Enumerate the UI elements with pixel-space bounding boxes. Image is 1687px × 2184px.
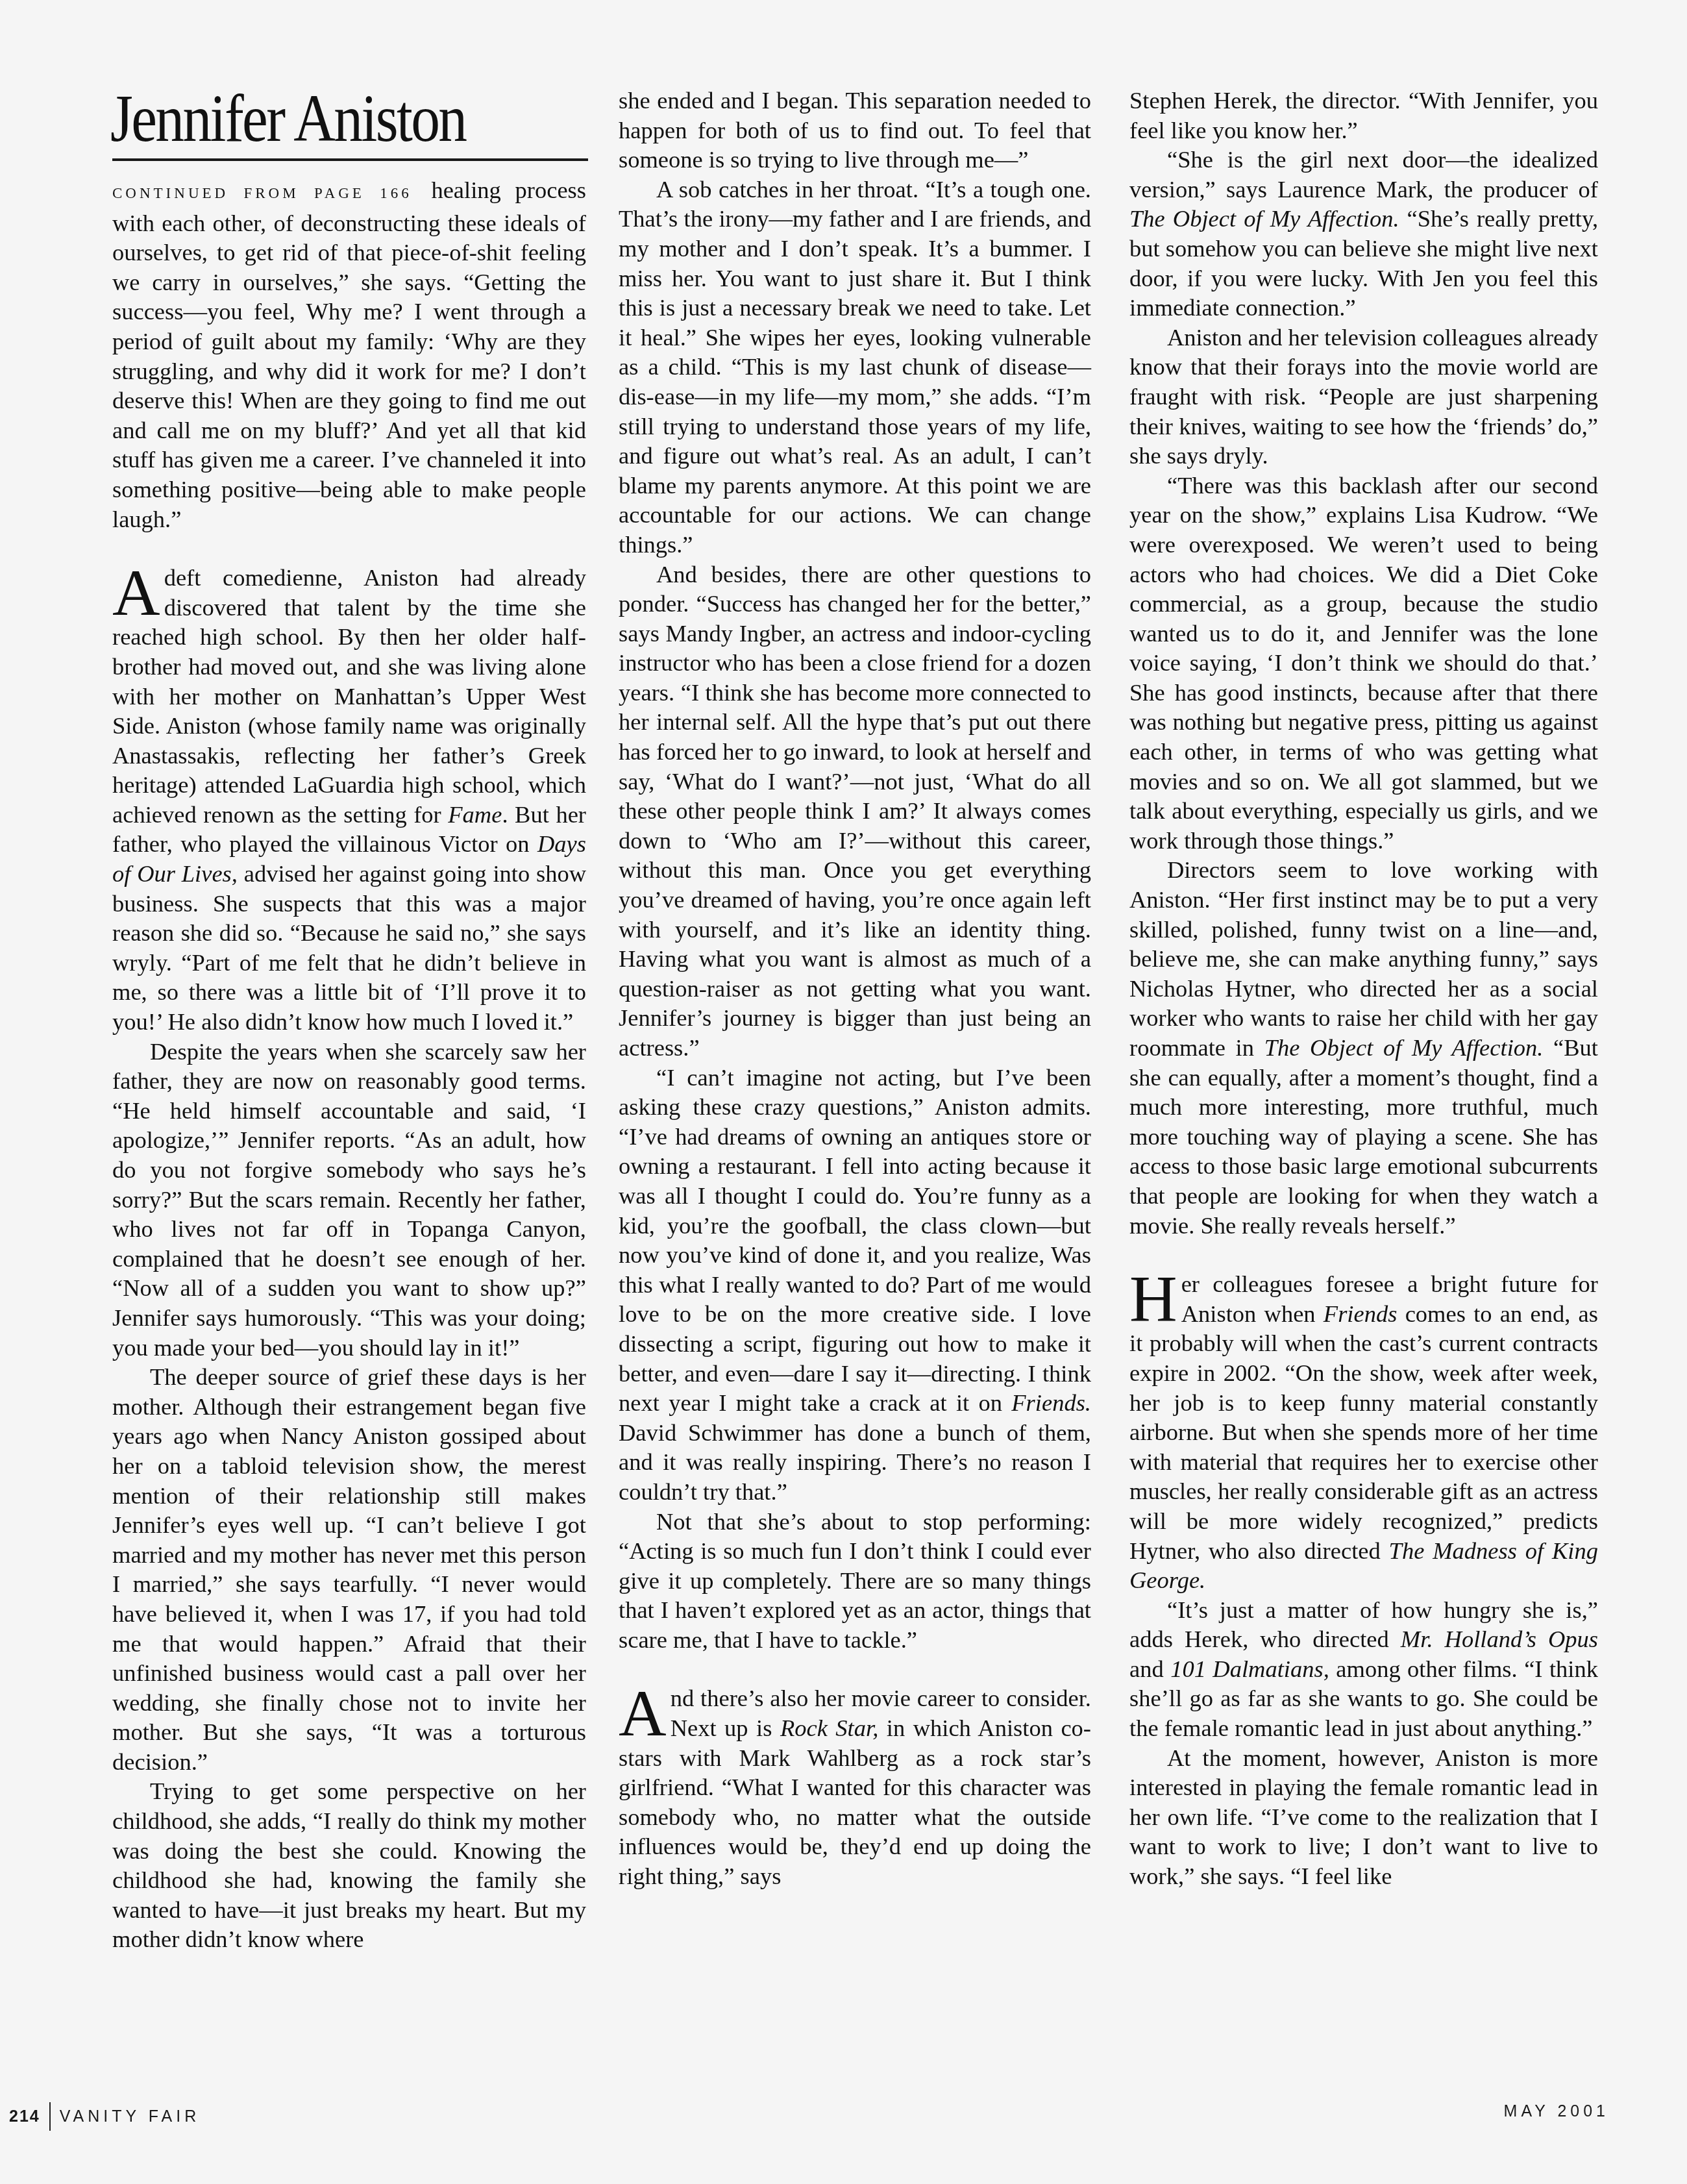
italic-title: The Object of My Affection. <box>1264 1034 1544 1061</box>
paragraph: Aniston and her television colleagues al… <box>1129 323 1598 471</box>
paragraph: A sob catches in her throat. “It’s a tou… <box>619 175 1091 560</box>
drop-cap: A <box>112 567 160 617</box>
article-column-3: Stephen Herek, the director. “With Jenni… <box>1129 86 1598 1891</box>
paragraph: Despite the years when she scarcely saw … <box>112 1037 586 1363</box>
drop-cap: H <box>1129 1273 1177 1324</box>
italic-title: Fame <box>448 801 502 828</box>
paragraph: Stephen Herek, the director. “With Jenni… <box>1129 86 1598 145</box>
italic-title: Friends <box>1324 1300 1398 1327</box>
italic-title: The Object of My Affection. <box>1129 205 1399 232</box>
italic-title: Rock Star, <box>780 1715 878 1741</box>
italic-title: Mr. Holland’s Opus <box>1401 1626 1598 1652</box>
title-rule-divider <box>112 158 588 161</box>
paragraph-with-dropcap: A deft comedienne, Aniston had already d… <box>112 563 586 1037</box>
page-number: 214 <box>9 2107 40 2126</box>
paragraph-with-dropcap: And there’s also her movie career to con… <box>619 1683 1091 1891</box>
paragraph: “It’s just a matter of how hungry she is… <box>1129 1595 1598 1743</box>
paragraph: “I can’t imagine not acting, but I’ve be… <box>619 1063 1091 1507</box>
drop-cap: A <box>619 1687 667 1738</box>
continued-from-label: continued from page 166 <box>112 185 412 201</box>
paragraph: Trying to get some perspective on her ch… <box>112 1776 586 1954</box>
paragraph: continued from page 166 healing process … <box>112 175 586 534</box>
magazine-name: VANITY FAIR <box>60 2107 201 2126</box>
paragraph: At the moment, however, Aniston is more … <box>1129 1743 1598 1891</box>
paragraph: “There was this backlash after our secon… <box>1129 471 1598 856</box>
paragraph-with-dropcap: Her colleagues foresee a bright future f… <box>1129 1269 1598 1595</box>
article-column-1: continued from page 166 healing process … <box>112 175 586 1954</box>
paragraph: Directors seem to love working with Anis… <box>1129 855 1598 1240</box>
paragraph: Not that she’s about to stop performing:… <box>619 1507 1091 1655</box>
article-title: Jennifer Aniston <box>110 83 465 155</box>
italic-title: 101 Dalmatians, <box>1170 1656 1329 1682</box>
issue-date: MAY 2001 <box>1504 2102 1609 2121</box>
paragraph: The deeper source of grief these days is… <box>112 1362 586 1776</box>
italic-title: Friends. <box>1011 1389 1091 1416</box>
paragraph: “She is the girl next door—the idealized… <box>1129 145 1598 323</box>
paragraph: And besides, there are other questions t… <box>619 560 1091 1063</box>
page-footer-left: 214 VANITY FAIR <box>9 2102 200 2131</box>
paragraph: she ended and I began. This separation n… <box>619 86 1091 175</box>
footer-divider <box>49 2102 51 2131</box>
article-column-2: she ended and I began. This separation n… <box>619 86 1091 1891</box>
